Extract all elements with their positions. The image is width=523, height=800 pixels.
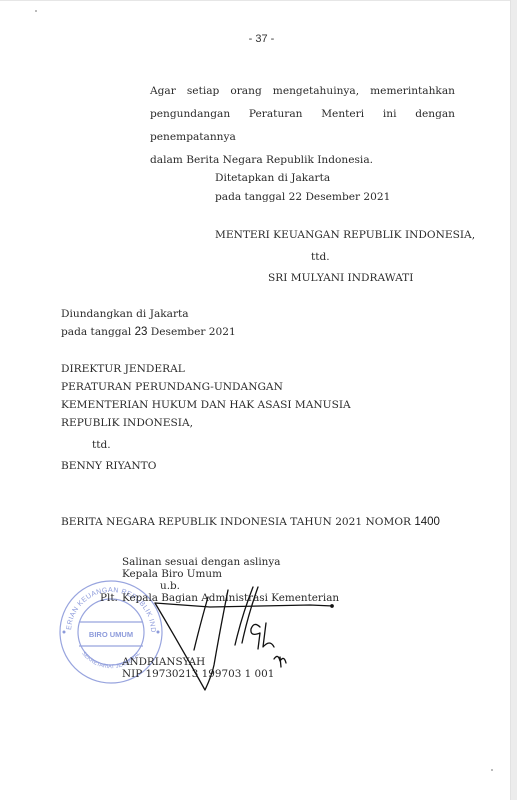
- page-number: - 37 -: [0, 33, 523, 46]
- director-title-line-3: KEMENTERIAN HUKUM DAN HAK ASASI MANUSIA: [61, 399, 351, 412]
- director-name: BENNY RIYANTO: [61, 460, 156, 473]
- gazette-number: 1400: [414, 516, 440, 528]
- director-title-line-2: PERATURAN PERUNDANG-UNDANGAN: [61, 381, 283, 394]
- stamp-center-text: BIRO UMUM: [89, 630, 133, 639]
- paragraph-line-3: dalam Berita Negara Republik Indonesia.: [150, 149, 455, 172]
- scan-speck: [35, 10, 37, 12]
- certified-copy-prefix: Plt.: [100, 592, 118, 604]
- paragraph-line-2: pengundangan Peraturan Menteri ini denga…: [150, 103, 455, 149]
- director-title-line-1: DIREKTUR JENDERAL: [61, 363, 185, 376]
- paragraph-line-1: Agar setiap orang mengetahuinya, memerin…: [150, 80, 455, 103]
- scan-speck: [491, 769, 493, 771]
- certified-copy-line-2: Kepala Biro Umum: [122, 568, 222, 580]
- promulgation-date-prefix: pada tanggal: [61, 326, 131, 338]
- page-right-edge: [510, 0, 517, 800]
- minister-name: SRI MULYANI INDRAWATI: [268, 272, 413, 285]
- promulgation-date-day: 23: [135, 326, 148, 338]
- certified-copy-line-1: Salinan sesuai dengan aslinya: [122, 556, 280, 568]
- enactment-place: Ditetapkan di Jakarta: [215, 172, 330, 185]
- gazette-line: BERITA NEGARA REPUBLIK INDONESIA TAHUN 2…: [61, 516, 440, 529]
- promulgation-date-rest: Desember 2021: [151, 326, 236, 338]
- director-signed: ttd.: [92, 439, 111, 452]
- minister-signed: ttd.: [311, 251, 330, 264]
- gazette-text: BERITA NEGARA REPUBLIK INDONESIA TAHUN 2…: [61, 516, 411, 528]
- stamp-outer-text: KEMENTERIAN KEUANGAN REPUBLIK INDONESIA: [57, 578, 156, 633]
- minister-title: MENTERI KEUANGAN REPUBLIK INDONESIA,: [215, 229, 475, 242]
- handwritten-signature: [150, 585, 340, 695]
- promulgation-date: pada tanggal 23 Desember 2021: [61, 326, 236, 339]
- enactment-date: pada tanggal 22 Desember 2021: [215, 191, 390, 204]
- director-title-line-4: REPUBLIK INDONESIA,: [61, 417, 193, 430]
- document-page: - 37 - Agar setiap orang mengetahuinya, …: [0, 0, 517, 800]
- page-top-edge: [0, 0, 517, 1]
- promulgation-place: Diundangkan di Jakarta: [61, 308, 189, 321]
- svg-text:KEMENTERIAN KEUANGAN REPUBLIK: KEMENTERIAN KEUANGAN REPUBLIK INDONESIA: [57, 578, 156, 633]
- closing-paragraph: Agar setiap orang mengetahuinya, memerin…: [150, 80, 455, 172]
